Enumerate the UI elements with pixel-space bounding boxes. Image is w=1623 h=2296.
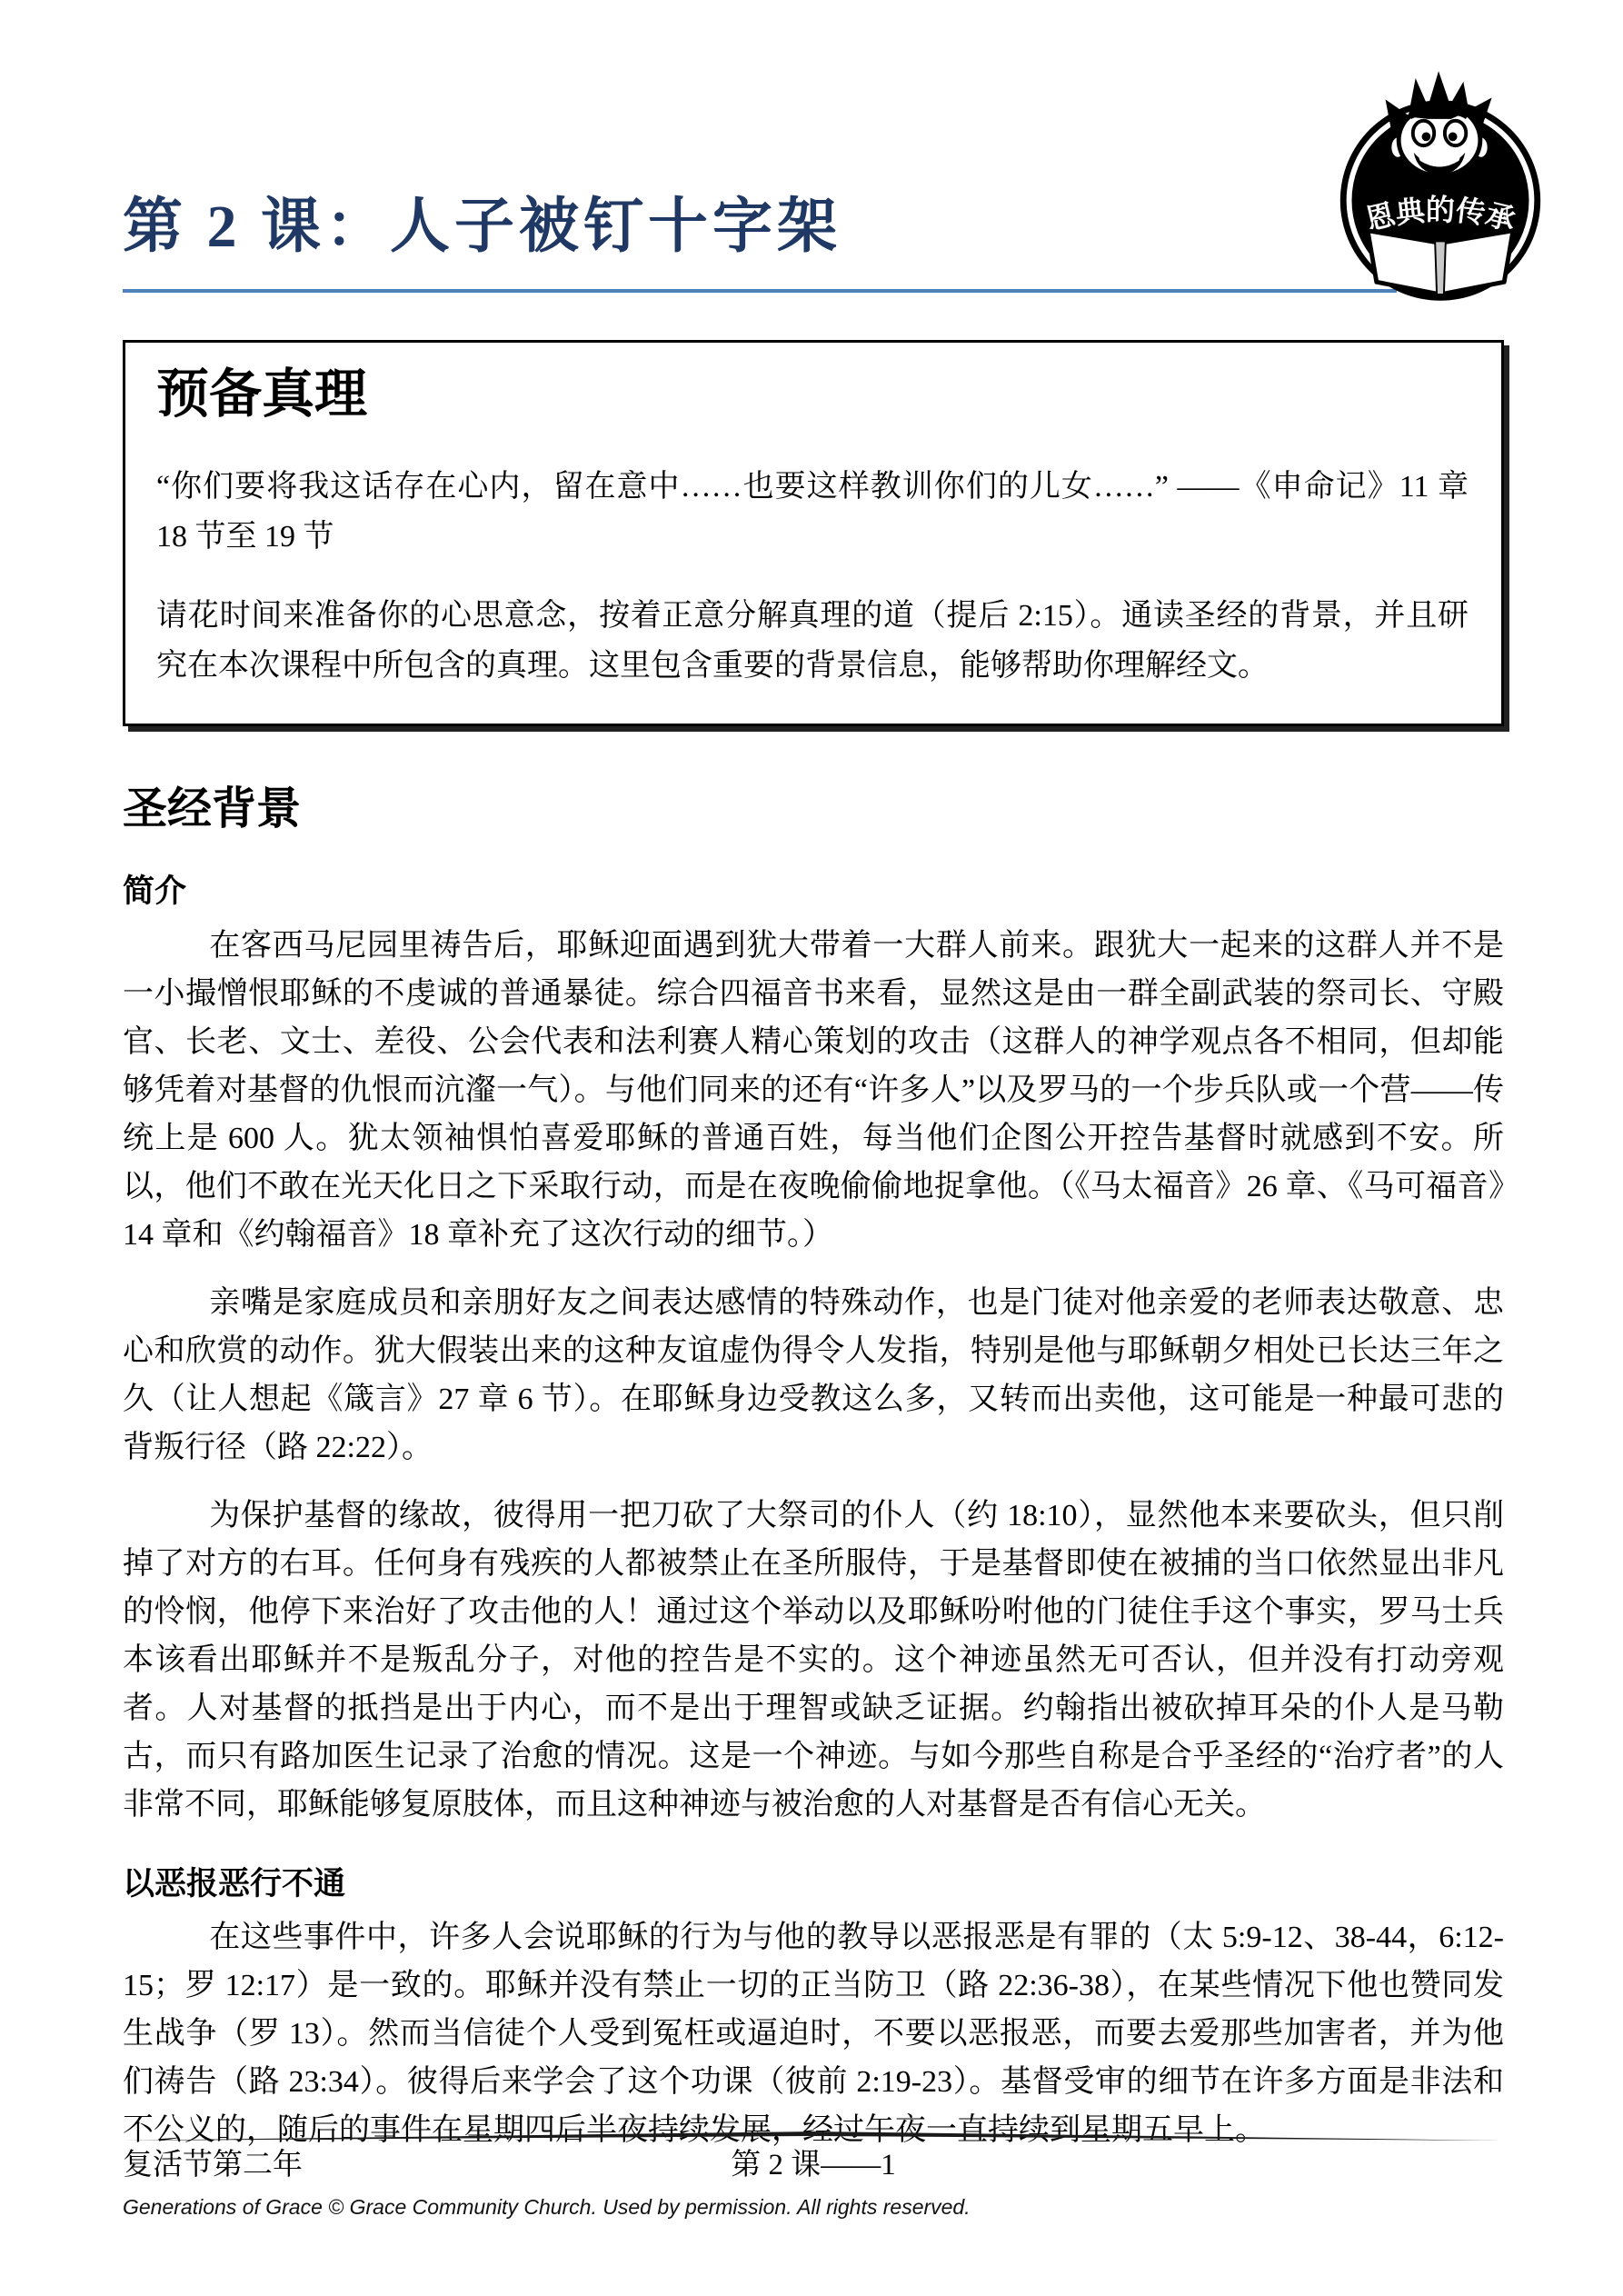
intro-paragraph-3: 为保护基督的缘故，彼得用一把刀砍了大祭司的仆人（约 18:10），显然他本来要砍…	[123, 1492, 1504, 1829]
footer-copyright: Generations of Grace © Grace Community C…	[123, 2195, 1504, 2220]
title-divider	[123, 289, 1397, 293]
page-title: 第 2 课：人子被钉十字架	[123, 193, 1504, 262]
subsection-evil-heading: 以恶报恶行不通	[123, 1863, 1504, 1905]
callout-heading: 预备真理	[156, 363, 1469, 426]
footer-series-label: 复活节第二年	[123, 2149, 303, 2181]
bible-background-section: 圣经背景 简介 在客西马尼园里祷告后，耶稣迎面遇到犹大带着一大群人前来。跟犹大一…	[123, 783, 1504, 2154]
document-header: 第 2 课：人子被钉十字架	[123, 0, 1504, 293]
section-heading: 圣经背景	[123, 783, 1504, 836]
generations-of-grace-logo: 恩典的传承	[1334, 65, 1547, 305]
callout-quote: “你们要将我这话存在心内，留在意中……也要这样教训你们的儿女……” ——《申命记…	[156, 462, 1469, 562]
document-page: 恩典的传承 第 2 课：人子被钉十字架 预备真理 “你们要将我这话存在心内，留在…	[0, 0, 1623, 2296]
footer-divider	[123, 2131, 1504, 2142]
footer-page-number: 第 2 课——1	[731, 2148, 896, 2184]
evil-paragraph-1: 在这些事件中，许多人会说耶稣的行为与他的教导以恶报恶是有罪的（太 5:9-12、…	[123, 1913, 1504, 2154]
document-footer: 复活节第二年 第 2 课——1 Generations of Grace © G…	[123, 2131, 1504, 2220]
intro-paragraph-1: 在客西马尼园里祷告后，耶稣迎面遇到犹大带着一大群人前来。跟犹大一起来的这群人并不…	[123, 922, 1504, 1259]
intro-paragraph-2: 亲嘴是家庭成员和亲朋好友之间表达感情的特殊动作，也是门徒对他亲爱的老师表达敬意、…	[123, 1279, 1504, 1472]
footer-row: 复活节第二年 第 2 课——1	[123, 2148, 1504, 2184]
tapered-rule-icon	[123, 2131, 1504, 2142]
callout-body: 请花时间来准备你的心思意念，按着正意分解真理的道（提后 2:15）。通读圣经的背…	[156, 591, 1469, 691]
prepare-truth-box: 预备真理 “你们要将我这话存在心内，留在意中……也要这样教训你们的儿女……” —…	[123, 340, 1504, 727]
grace-badge-icon: 恩典的传承	[1334, 65, 1547, 305]
subsection-intro-heading: 简介	[123, 871, 1504, 913]
